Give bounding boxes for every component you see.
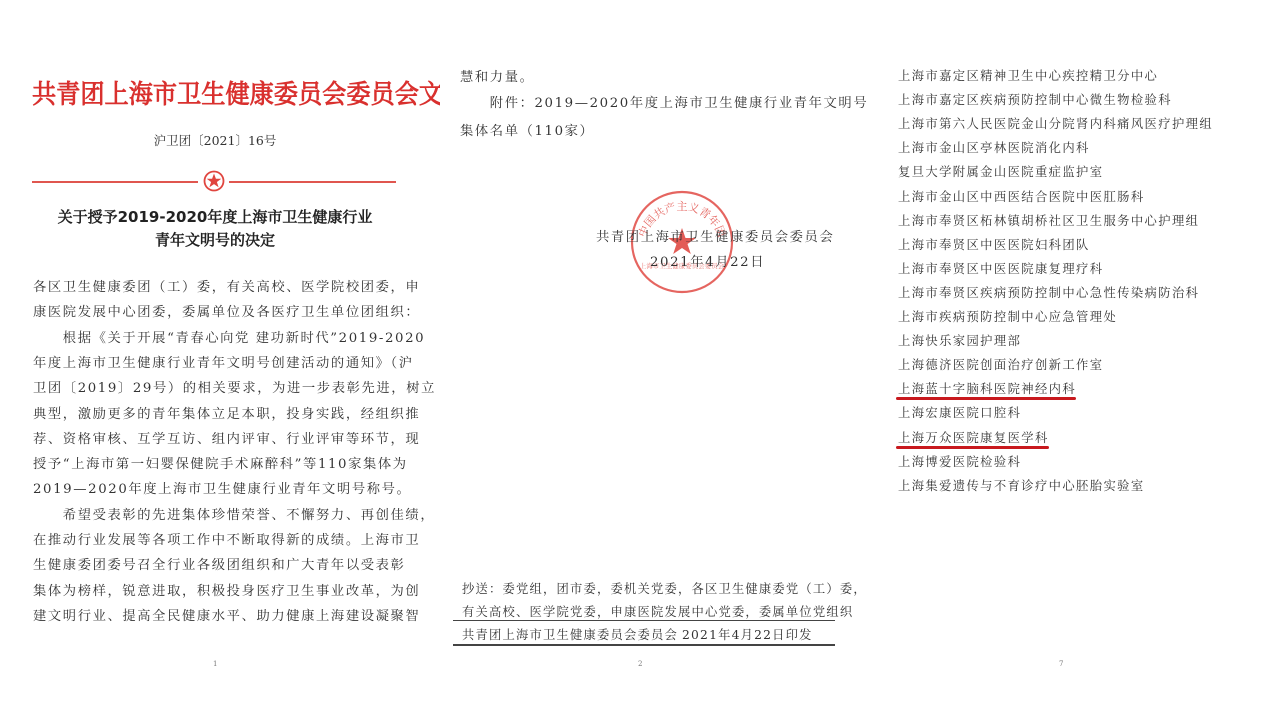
body-text-line: 康医院发展中心团委，委属单位及各医疗卫生单位团组织： — [33, 301, 420, 320]
list-item: 上海市奉贤区柘林镇胡桥社区卫生服务中心护理组 — [898, 211, 1199, 229]
signature-organization: 共青团上海市卫生健康委员会委员会 — [596, 226, 834, 245]
list-item: 上海市金山区亭林医院消化内科 — [898, 138, 1090, 156]
issuer: 共青团上海市卫生健康委员会委员会 — [462, 625, 678, 643]
list-item: 上海市奉贤区中医医院康复理疗科 — [898, 259, 1103, 277]
body-text-line: 集体为榜样，锐意进取，积极投身医疗卫生事业改革，为创 — [33, 580, 420, 599]
list-item: 上海市嘉定区疾病预防控制中心微生物检验科 — [898, 90, 1172, 108]
body-text-line: 慧和力量。 — [460, 66, 534, 85]
red-underline-highlight — [896, 446, 1049, 449]
list-item: 上海市嘉定区精神卫生中心疾控精卫分中心 — [898, 66, 1158, 84]
page-number: 2 — [638, 660, 642, 668]
document-header: 共青团上海市卫生健康委员会委员会文件 — [32, 74, 376, 111]
divider-rule — [453, 644, 835, 646]
body-text-line: 在推动行业发展等各项工作中不断取得新的成绩。上海市卫 — [33, 529, 420, 548]
body-text-line: 各区卫生健康委团（工）委，有关高校、医学院校团委，申 — [33, 276, 420, 295]
list-item: 上海市金山区中西医结合医院中医肛肠科 — [898, 187, 1145, 205]
list-item: 上海集爱遗传与不育诊疗中心胚胎实验室 — [898, 476, 1145, 494]
cc-line: 抄送：委党组，团市委，委机关党委，各区卫生健康委党（工）委， — [462, 579, 867, 597]
body-text-line: 希望受表彰的先进集体珍惜荣誉、不懈努力、再创佳绩， — [33, 504, 435, 523]
body-text-line: 附件：2019—2020年度上海市卫生健康行业青年文明号 — [460, 92, 868, 111]
body-text-line: 集体名单（110家） — [460, 120, 594, 139]
body-text-line: 典型，激励更多的青年集体立足本职，投身实践，经组织推 — [33, 403, 420, 422]
list-item: 上海市第六人民医院金山分院肾内科痛风医疗护理组 — [898, 114, 1213, 132]
body-text-line: 年度上海市卫生健康行业青年文明号创建活动的通知》（沪 — [33, 352, 414, 371]
list-item: 上海宏康医院口腔科 — [898, 403, 1021, 421]
list-item: 上海市奉贤区疾病预防控制中心急性传染病防治科 — [898, 283, 1199, 301]
red-star-emblem-icon — [203, 170, 225, 192]
red-underline-highlight — [896, 397, 1076, 400]
list-item: 上海市奉贤区中医医院妇科团队 — [898, 235, 1090, 253]
divider-rule — [453, 620, 835, 621]
list-item: 复旦大学附属金山医院重症监护室 — [898, 162, 1103, 180]
body-text-line: 根据《关于开展“青春心向党 建功新时代”2019-2020 — [33, 327, 425, 346]
signature-date: 2021年4月22日 — [650, 251, 765, 270]
body-text-line: 卫团〔2019〕29号）的相关要求，为进一步表彰先进，树立 — [33, 377, 436, 396]
list-item: 上海德济医院创面治疗创新工作室 — [898, 355, 1103, 373]
document-page-1: 共青团上海市卫生健康委员会委员会文件 沪卫团〔2021〕16号 关于授予2019… — [0, 0, 430, 713]
body-text-line: 荐、资格审核、互学互访、组内评审、行业评审等环节，现 — [33, 428, 420, 447]
header-divider-left — [32, 181, 198, 183]
page-number: 7 — [1059, 660, 1063, 668]
page-number: 1 — [213, 660, 217, 668]
body-text-line: 2019—2020年度上海市卫生健康行业青年文明号称号。 — [33, 478, 411, 497]
header-divider-right — [229, 181, 396, 183]
list-item: 上海博爱医院检验科 — [898, 452, 1021, 470]
list-item: 上海快乐家园护理部 — [898, 331, 1021, 349]
document-title-line: 关于授予2019-2020年度上海市卫生健康行业 — [0, 206, 430, 227]
body-text-line: 建文明行业、提高全民健康水平、助力健康上海建设凝聚智 — [33, 605, 420, 624]
body-text-line: 授予“上海市第一妇婴保健院手术麻醉科”等110家集体为 — [33, 453, 408, 472]
body-text-line: 生健康委团委号召全行业各级团组织和广大青年以受表彰 — [33, 554, 405, 573]
list-item: 上海市疾病预防控制中心应急管理处 — [898, 307, 1117, 325]
cc-line: 有关高校、医学院党委，申康医院发展中心党委，委属单位党组织 — [462, 602, 853, 620]
list-item-highlighted: 上海万众医院康复医学科 — [898, 428, 1049, 446]
issue-date: 2021年4月22日印发 — [682, 625, 813, 643]
list-item-highlighted: 上海蓝十字脑科医院神经内科 — [898, 379, 1076, 397]
document-number: 沪卫团〔2021〕16号 — [0, 131, 430, 149]
document-title-line: 青年文明号的决定 — [0, 229, 430, 250]
